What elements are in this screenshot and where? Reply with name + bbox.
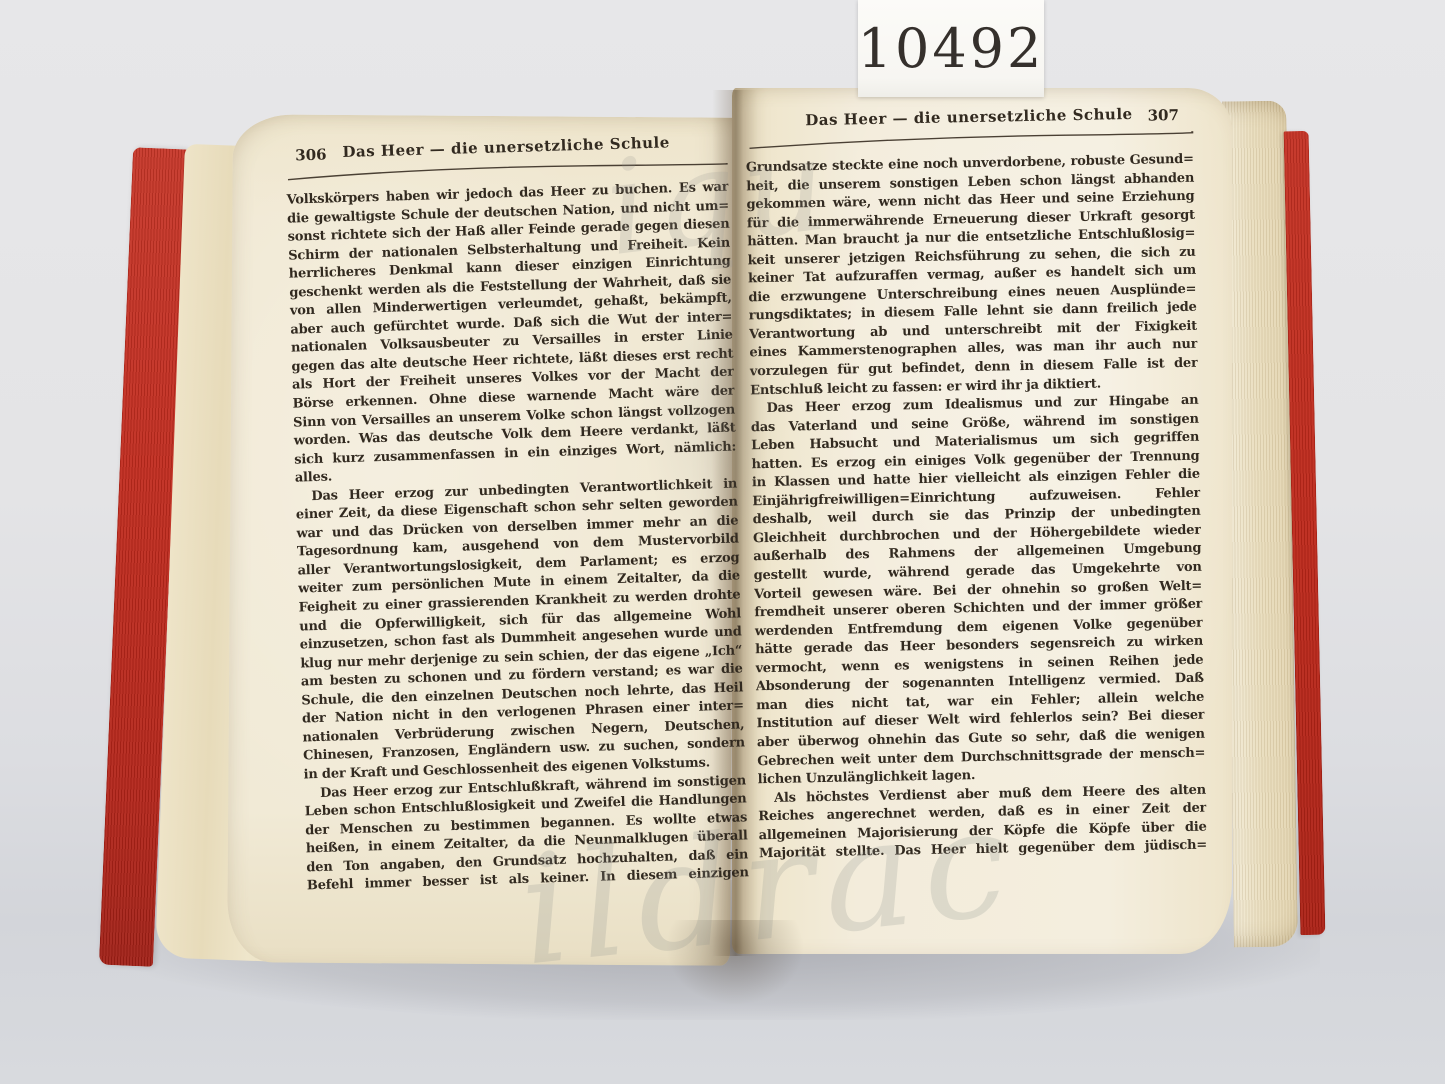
gutter-bottom-shadow (660, 920, 810, 1010)
right-page-lines: Grundsatze steckte eine noch unverdorben… (746, 151, 1207, 864)
right-page-text: 307 Das Heer — die unersetzliche Schule … (745, 104, 1207, 864)
photo-backdrop: 306 Das Heer — die unersetzliche Schule … (0, 0, 1445, 1084)
page-number-right: 307 (1147, 106, 1179, 125)
left-page-text: 306 Das Heer — die unersetzliche Schule … (285, 132, 749, 897)
left-page-lines: Volkskörpers haben wir jedoch das Heer z… (286, 179, 749, 897)
inventory-label: 10492 (858, 0, 1044, 97)
inventory-number: 10492 (858, 17, 1045, 80)
page-number-left: 306 (295, 145, 327, 164)
